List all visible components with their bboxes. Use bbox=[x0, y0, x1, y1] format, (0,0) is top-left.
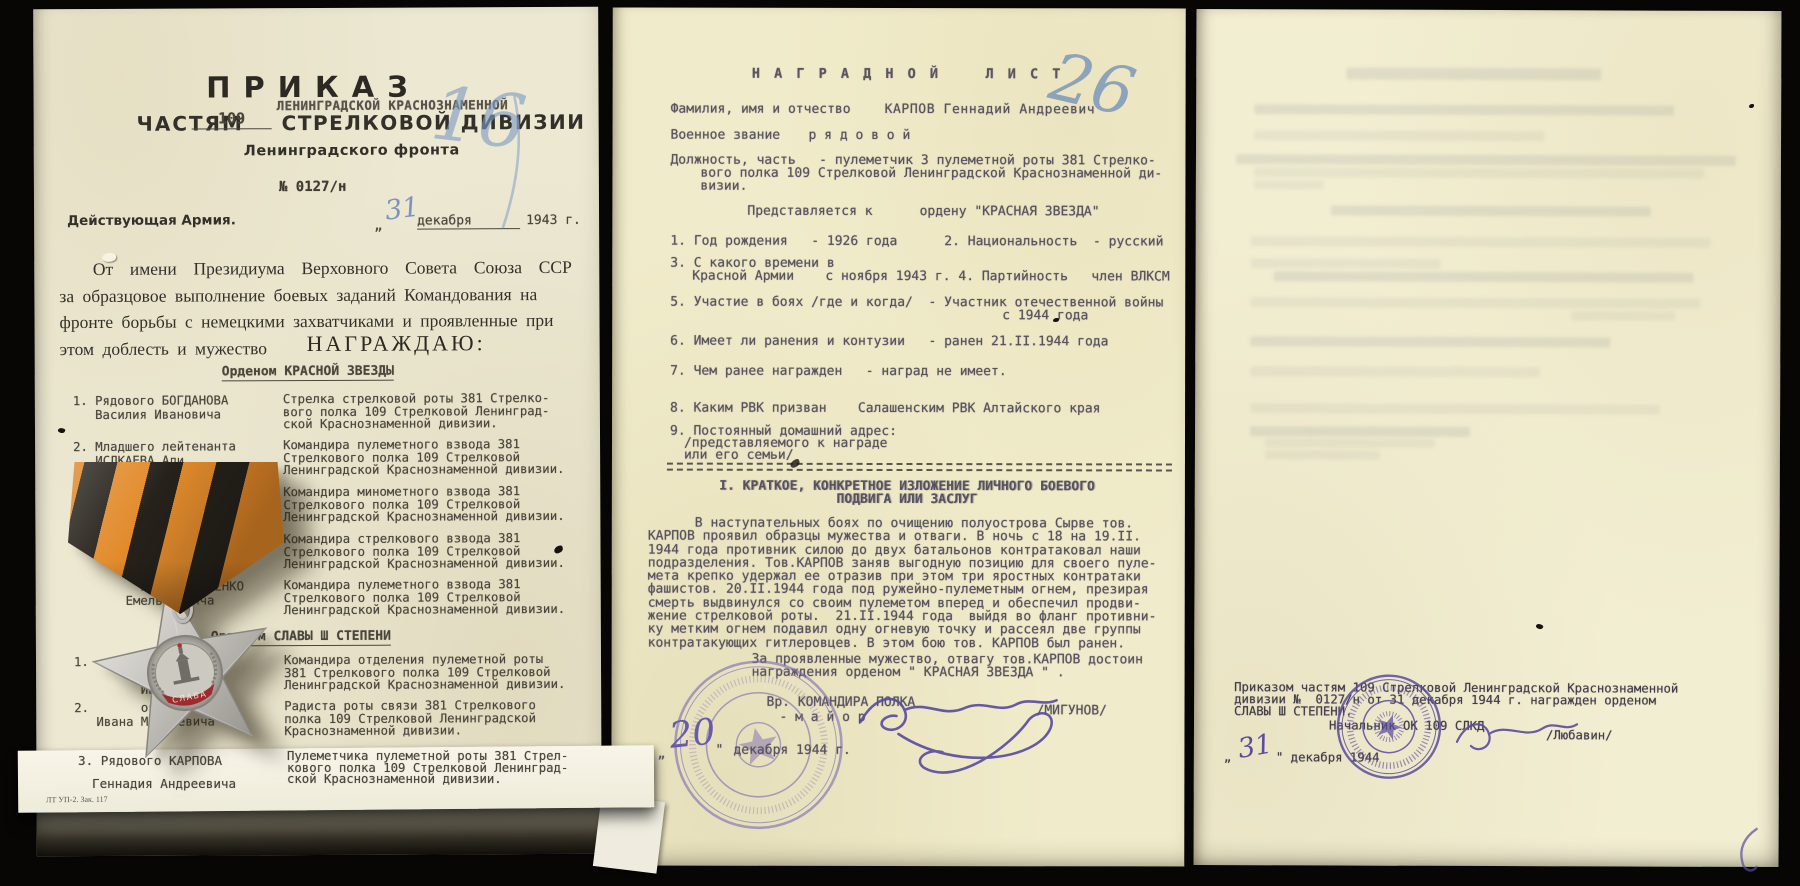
duty-line: визии. bbox=[700, 180, 747, 194]
award-entry-desc: Командира пулеметного взвода 381 Стрелко… bbox=[283, 438, 564, 477]
award-entry-desc: Командира минометного взвода 381 Стрелко… bbox=[283, 485, 564, 524]
order-number: № 0127/н bbox=[279, 179, 347, 195]
handwritten-day: 31 bbox=[383, 192, 421, 227]
ghost-line bbox=[1265, 450, 1380, 459]
feat-section-title2: ПОДВИГА ИЛИ ЗАСЛУГ bbox=[672, 492, 1142, 508]
ghost-line bbox=[1265, 438, 1435, 448]
award-sheet-title: Н А Г Р А Д Н О Й Л И С Т bbox=[738, 66, 1078, 83]
rank-value: р я д о в о й bbox=[809, 129, 911, 144]
form-item-8: 8. Каким РВК призван Салашенским РВК Алт… bbox=[670, 402, 1100, 417]
sign-date-close-quote: " bbox=[715, 744, 723, 758]
ghost-line bbox=[1331, 205, 1651, 216]
rank-label: Военное звание bbox=[671, 129, 781, 144]
award-sheet-page: Н А Г Р А Д Н О Й Л И С Т 26 Фамилия, им… bbox=[611, 8, 1185, 867]
ghost-line bbox=[1250, 366, 1540, 377]
duty-line: вого полка 109 Стрелковой Ленинградской … bbox=[700, 167, 1162, 182]
verso-page: Приказом частям 109 Стрелковой Ленинград… bbox=[1194, 9, 1782, 867]
commander-signature bbox=[846, 676, 1121, 796]
ghost-line bbox=[1254, 104, 1674, 115]
feat-description: В наступательных боях по очищению полуос… bbox=[648, 517, 1168, 651]
form-item-1-2: 1. Год рождения - 1926 года 2. Националь… bbox=[670, 235, 1163, 250]
form-item-6: 6. Имеет ли ранения и контузии - ранен 2… bbox=[670, 335, 1108, 350]
dashed-separator bbox=[667, 463, 1172, 472]
form-item-5: 5. Участие в боях /где и когда/ - Участн… bbox=[670, 296, 1163, 311]
archive-scan: { "colors": { "background": "#070605", "… bbox=[0, 0, 1800, 886]
ghost-line bbox=[1346, 68, 1601, 81]
handwritten-day: 20 bbox=[667, 711, 717, 756]
ghost-line bbox=[1251, 236, 1711, 248]
army-line: Действующая Армия. bbox=[67, 212, 236, 229]
ghost-line bbox=[1254, 167, 1704, 179]
award-entry-desc: Командира пулеметного взвода 381 Стрелко… bbox=[284, 578, 565, 617]
ink-corner-mark bbox=[1726, 823, 1771, 873]
print-shop-footer: ЛТ УП-2. Зак. 117 bbox=[46, 795, 108, 805]
ghost-line bbox=[1254, 180, 1324, 189]
record-date-open-quote: „ bbox=[1224, 751, 1231, 765]
presented-for-line: Представляется к ордену "КРАСНАЯ ЗВЕЗДА" bbox=[747, 205, 1099, 220]
ghost-line bbox=[1251, 258, 1441, 269]
ghost-line bbox=[1250, 297, 1700, 309]
award-entry-desc: Пулеметчика пулеметной роты 381 Стрел- к… bbox=[287, 751, 568, 786]
form-item-3-4: Красной Армии с ноября 1943 г. 4. Партий… bbox=[692, 270, 1169, 285]
date-year: 1943 г. bbox=[526, 213, 581, 228]
round-stamp-icon bbox=[1332, 669, 1447, 784]
form-item-7: 7. Чем ранее награжден - наград не имеет… bbox=[670, 365, 1007, 380]
ghost-line bbox=[1274, 271, 1694, 282]
name-value: КАРПОВ Геннадий Андреевич bbox=[885, 103, 1096, 118]
sign-date-open-quote: „ bbox=[657, 748, 665, 762]
ghost-line bbox=[1250, 426, 1470, 437]
form-item-9c: или его семьи/ bbox=[684, 449, 794, 464]
ghost-line bbox=[1250, 336, 1610, 347]
date-open-quote: „ bbox=[374, 218, 383, 234]
award-entry-desc: Радиста роты связи 381 Стрелкового полка… bbox=[284, 699, 536, 738]
award-entry-desc: Командира отделения пулеметной роты 381 … bbox=[284, 653, 565, 692]
handwritten-day: 31 bbox=[1236, 728, 1275, 764]
order-of-glory-medal: СЛАВА bbox=[38, 450, 318, 780]
award-entry-desc: Стрелка стрелковой роты 381 Стрелко- вог… bbox=[283, 392, 550, 431]
award-entry-name: 1. Рядового БОГДАНОВА Василия Ивановича bbox=[73, 394, 229, 422]
ghost-line bbox=[1236, 154, 1736, 166]
officer-signature bbox=[1449, 708, 1584, 763]
pencil-arc-mark bbox=[489, 93, 530, 233]
ghost-line bbox=[1250, 403, 1660, 414]
ghost-line bbox=[1254, 130, 1544, 141]
name-label: Фамилия, имя и отчество bbox=[671, 103, 851, 118]
award-entry-desc: Командира стрелкового взвода 381 Стрелко… bbox=[283, 532, 564, 571]
section-red-star-title: Орденом КРАСНОЙ ЗВЕЗДЫ bbox=[222, 364, 394, 382]
ghost-line bbox=[1570, 311, 1675, 320]
order-unit-number: 109 bbox=[192, 109, 272, 129]
sign-date-rest: декабря 1944 г. bbox=[733, 744, 850, 759]
form-item-5b: с 1944 года bbox=[1002, 309, 1088, 324]
award-word: НАГРАЖДАЮ: bbox=[307, 330, 486, 357]
